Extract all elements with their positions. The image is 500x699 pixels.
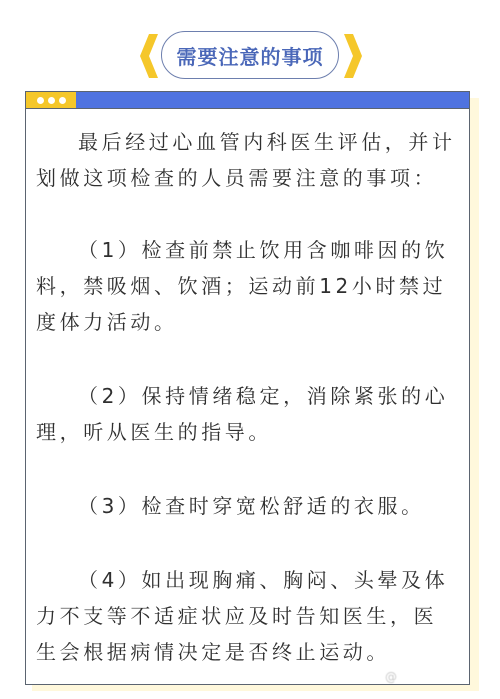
intro-paragraph: 最后经过心血管内科医生评估，并计划做这项检查的人员需要注意的事项： bbox=[36, 124, 460, 196]
list-item: （3）检查时穿宽松舒适的衣服。 bbox=[36, 488, 460, 524]
chevron-left-icon bbox=[140, 34, 160, 78]
title-pill: 需要注意的事项 bbox=[161, 31, 339, 79]
list-item: （4）如出现胸痛、胸闷、头晕及体力不支等不适症状应及时告知医生，医生会根据病情决… bbox=[36, 562, 460, 670]
list-item: （1）检查前禁止饮用含咖啡因的饮料，禁吸烟、饮酒；运动前12小时禁过度体力活动。 bbox=[36, 232, 460, 340]
window-title-bar bbox=[26, 92, 469, 109]
dot-icon bbox=[48, 97, 55, 104]
section-header: 需要注意的事项 bbox=[0, 0, 500, 90]
chevron-right-icon bbox=[342, 34, 362, 78]
card-body: 最后经过心血管内科医生评估，并计划做这项检查的人员需要注意的事项： （1）检查前… bbox=[36, 124, 460, 670]
page-title: 需要注意的事项 bbox=[177, 41, 324, 70]
dot-icon bbox=[37, 97, 44, 104]
watermark: @ bbox=[385, 670, 398, 684]
window-dots bbox=[26, 92, 76, 108]
dot-icon bbox=[59, 97, 66, 104]
list-item: （2）保持情绪稳定，消除紧张的心理，听从医生的指导。 bbox=[36, 378, 460, 450]
